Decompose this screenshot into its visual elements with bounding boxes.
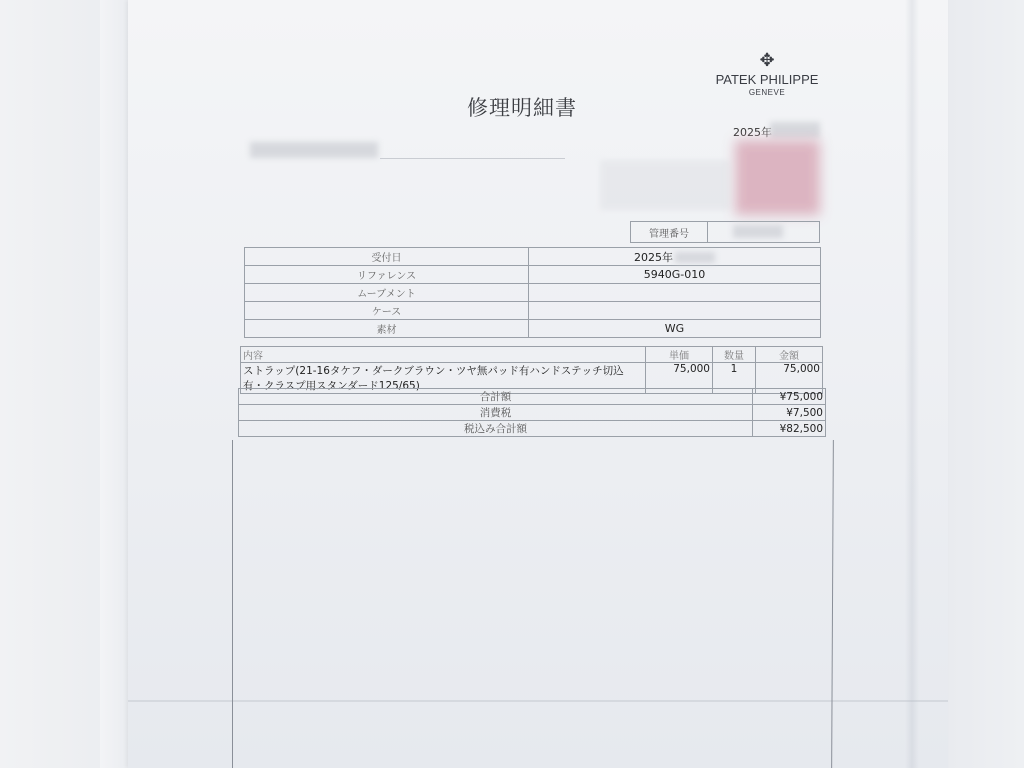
- info-row: ムーブメント: [245, 284, 821, 302]
- header-description: 内容: [241, 347, 646, 363]
- info-label: 受付日: [245, 248, 529, 266]
- header-amount: 金額: [756, 347, 823, 363]
- info-value: 5940G-010: [529, 266, 821, 284]
- brand-name: PATEK PHILIPPE: [712, 72, 822, 87]
- info-row: 受付日2025年: [245, 248, 821, 266]
- info-row: ケース: [245, 302, 821, 320]
- info-label: ムーブメント: [245, 284, 529, 302]
- table-border-left: [232, 440, 233, 768]
- calatrava-cross-icon: ✥: [712, 52, 822, 70]
- info-row: 素材WG: [245, 320, 821, 338]
- info-label: 素材: [245, 320, 529, 338]
- items-header-row: 内容 単価 数量 金額: [241, 347, 823, 363]
- redacted-management-number: [733, 225, 783, 238]
- brand-sub: GENEVE: [712, 88, 822, 97]
- total-label: 税込み合計額: [239, 421, 753, 437]
- redacted-receipt-date: [675, 252, 715, 263]
- totals-row: 消費税¥7,500: [239, 405, 826, 421]
- name-underline: [380, 158, 565, 159]
- info-value: 2025年: [529, 248, 821, 266]
- totals-table: 合計額¥75,000消費税¥7,500税込み合計額¥82,500: [238, 388, 826, 437]
- management-number-value: [708, 222, 819, 242]
- total-value: ¥82,500: [753, 421, 826, 437]
- header-unit-price: 単価: [646, 347, 713, 363]
- issue-date: 2025年: [733, 124, 772, 140]
- paper-crease: [905, 0, 919, 768]
- redacted-customer-name: [250, 142, 378, 158]
- document-title: 修理明細書: [467, 92, 577, 122]
- info-label: ケース: [245, 302, 529, 320]
- total-label: 合計額: [239, 389, 753, 405]
- watch-info-table: 受付日2025年リファレンス5940G-010ムーブメントケース素材WG: [244, 247, 821, 338]
- redacted-stamp: [735, 140, 820, 215]
- total-value: ¥7,500: [753, 405, 826, 421]
- redacted-address: [600, 160, 730, 210]
- info-value: [529, 302, 821, 320]
- info-value: [529, 284, 821, 302]
- paper-crease-horizontal: [128, 700, 948, 702]
- total-label: 消費税: [239, 405, 753, 421]
- items-table: 内容 単価 数量 金額 ストラップ(21-16タケフ・ダークブラウン・ツヤ無パッ…: [240, 346, 823, 394]
- total-value: ¥75,000: [753, 389, 826, 405]
- info-value: WG: [529, 320, 821, 338]
- receipt-date: 2025年: [634, 251, 673, 264]
- management-number-label: 管理番号: [631, 222, 708, 242]
- header-quantity: 数量: [713, 347, 756, 363]
- brand-logo: ✥ PATEK PHILIPPE GENEVE: [712, 52, 822, 97]
- management-number-box: 管理番号: [630, 221, 820, 243]
- totals-row: 合計額¥75,000: [239, 389, 826, 405]
- redacted-date: [770, 122, 820, 138]
- totals-row: 税込み合計額¥82,500: [239, 421, 826, 437]
- info-row: リファレンス5940G-010: [245, 266, 821, 284]
- info-label: リファレンス: [245, 266, 529, 284]
